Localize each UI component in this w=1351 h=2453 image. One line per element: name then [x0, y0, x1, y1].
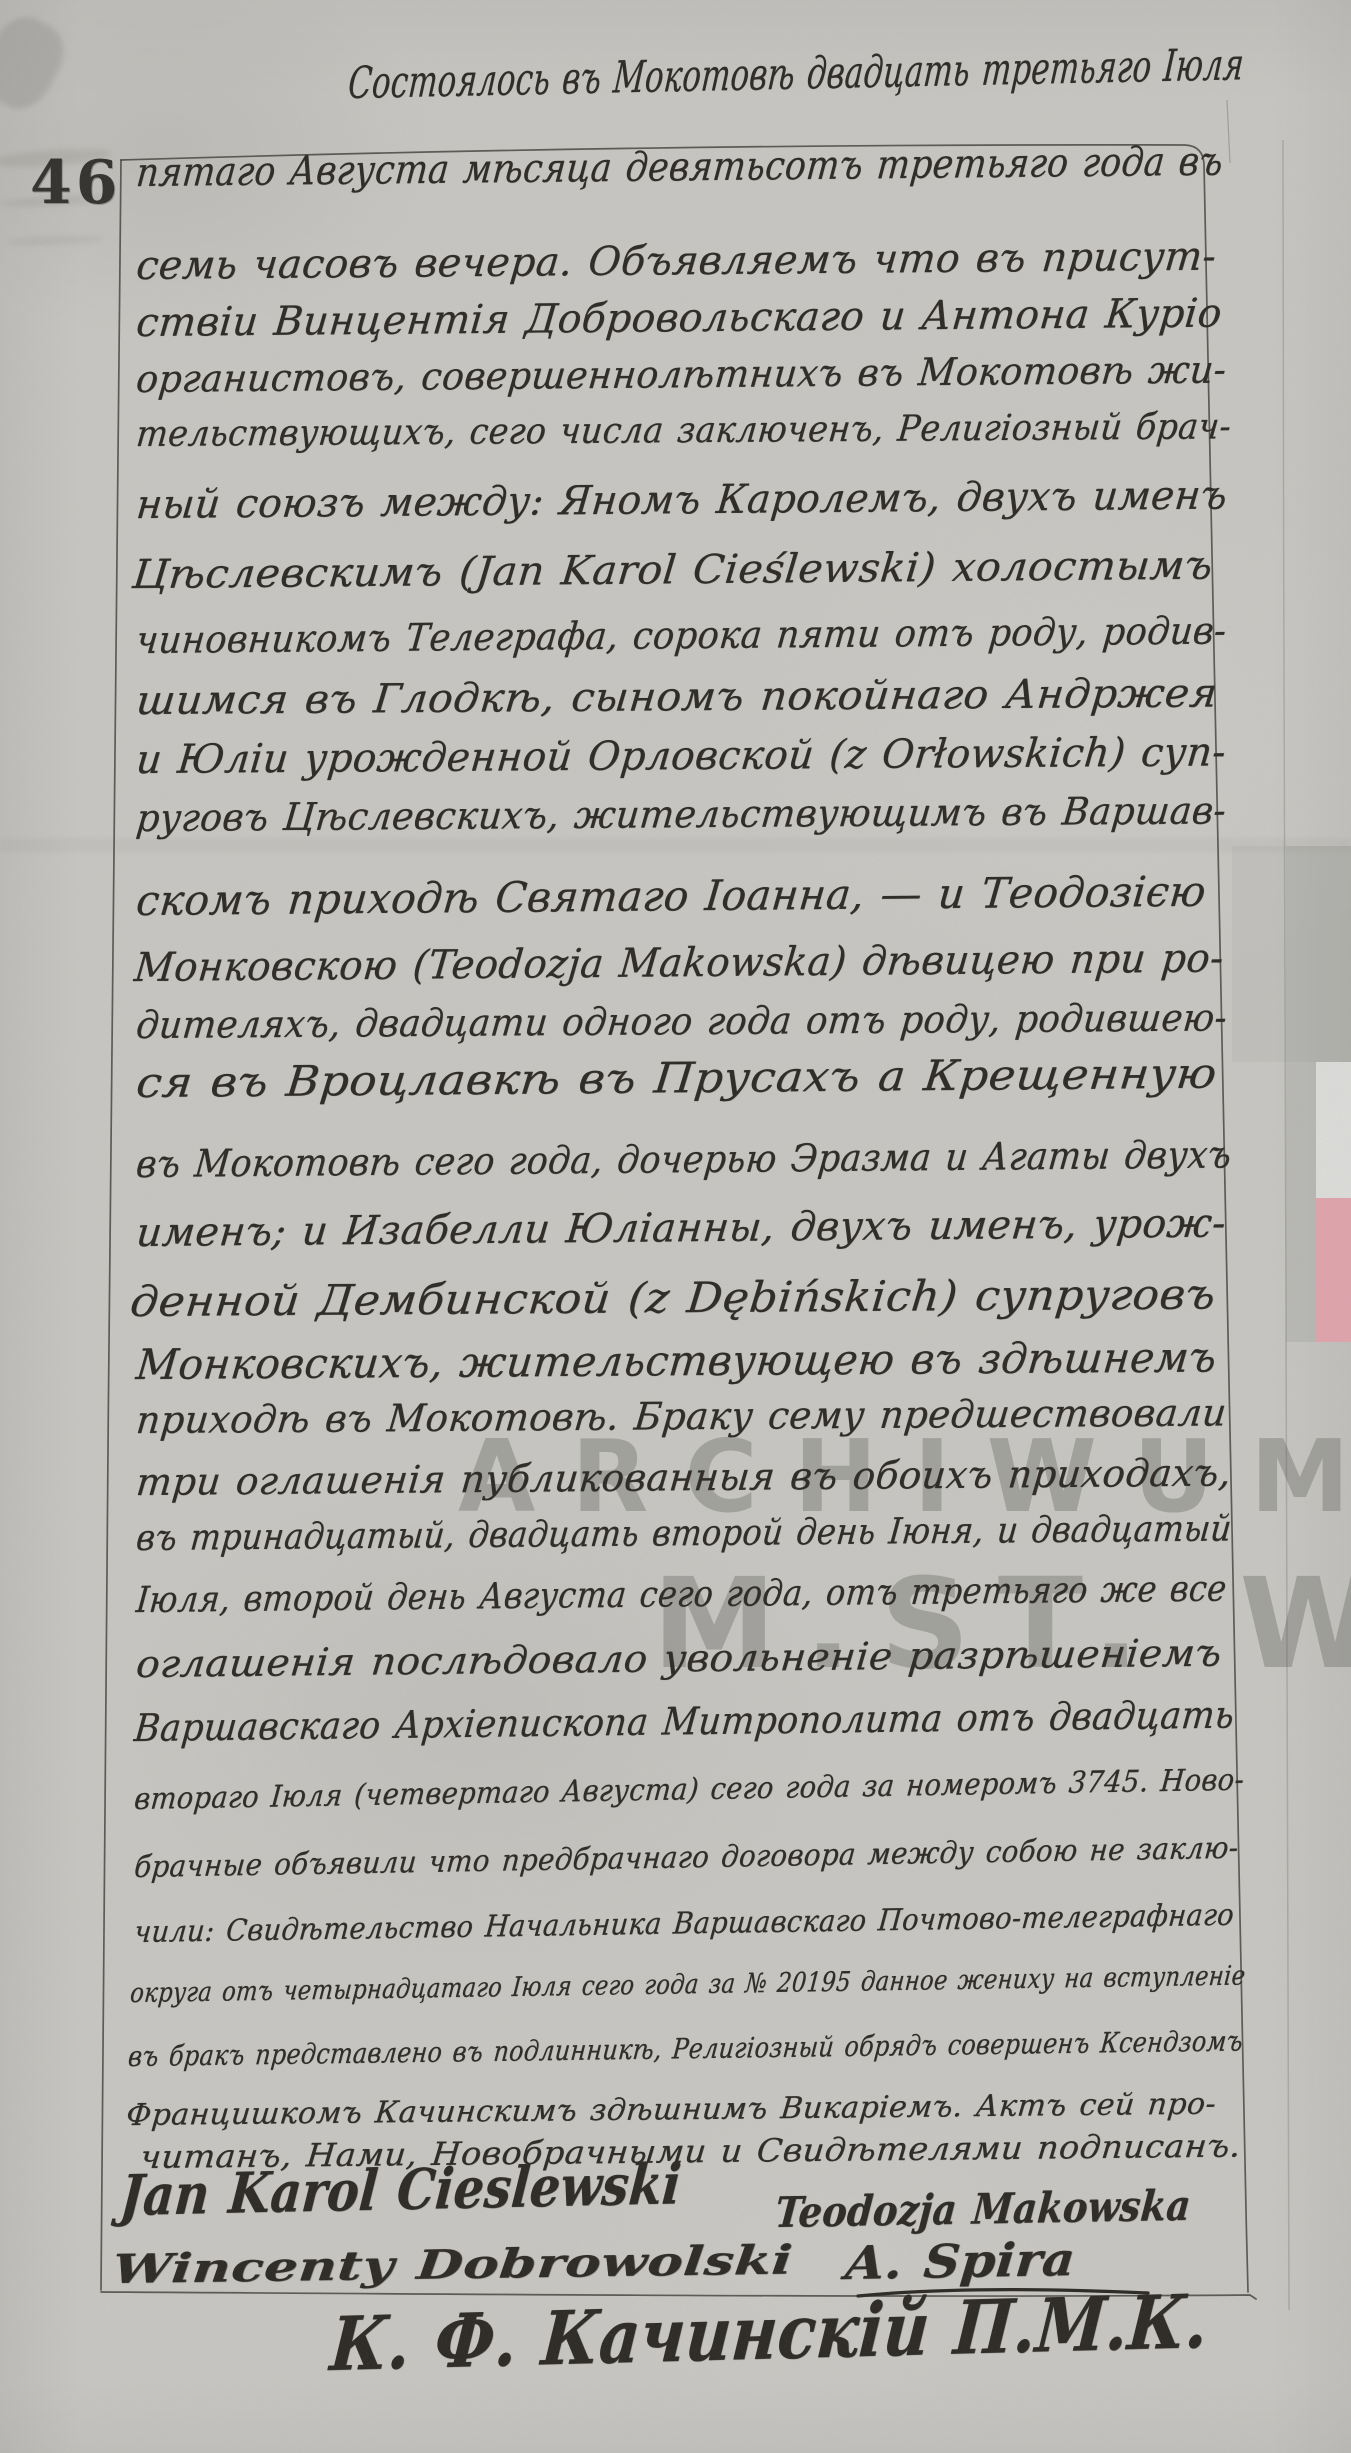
calibration-white-block: [1316, 1062, 1351, 1198]
signature: A. Spira: [843, 2232, 1078, 2290]
handwriting-line: Состоялось въ Мокотовѣ двадцать третьяго…: [346, 39, 1246, 109]
signature: К. Ф. Качинскій П.М.К.: [327, 2279, 1211, 2388]
handwriting-line: Варшавскаго Архіепископа Митрополита отъ…: [132, 1693, 1236, 1750]
handwriting-line: Цѣслевскимъ (Jan Karol Cieślewski) холос…: [130, 543, 1215, 598]
handwriting-line: шимся въ Глодкѣ, сыномъ покойнаго Андрже…: [134, 670, 1219, 724]
handwriting-line: и Юліи урожденной Орловской (z Orłowskic…: [134, 729, 1228, 783]
handwriting-line: брачные объявили что предбрачнаго догово…: [133, 1831, 1240, 1885]
record-number-stamp: 46: [30, 148, 122, 218]
handwriting-line: ся въ Вроцлавкѣ въ Прусахъ а Крещенную: [134, 1049, 1219, 1107]
handwriting-line: ный союзъ между: Яномъ Каролемъ, двухъ и…: [134, 472, 1229, 528]
signature: Jan Karol Cieslewski: [118, 2151, 684, 2229]
handwriting-line: пятаго Августа мѣсяца девятьсотъ третьяг…: [134, 139, 1225, 196]
handwriting-line: округа отъ четырнадцатаго Іюля сего года…: [129, 1960, 1247, 2009]
handwriting-line: дителяхъ, двадцати одного года отъ роду,…: [134, 995, 1229, 1047]
handwriting-line: чили: Свидѣтельство Начальника Варшавска…: [133, 1898, 1236, 1950]
handwriting-line: Монковскою (Teodozja Makowska) дѣвицею п…: [132, 935, 1226, 991]
handwriting-line: приходѣ въ Мокотовѣ. Браку сему предшест…: [134, 1390, 1228, 1442]
handwriting-line: скомъ приходѣ Святаго Іоанна, — и Теодоз…: [134, 867, 1208, 925]
handwriting-line: чиновникомъ Телеграфа, сорока пяти отъ р…: [134, 608, 1228, 662]
handwriting-line: семь часовъ вечера. Объявляемъ что въ пр…: [134, 234, 1218, 289]
signature: Teodozja Makowska: [773, 2181, 1192, 2237]
scanned-document-page: ARCHIWUM M.ST. W 46 Состоялось въ Мокото…: [0, 0, 1351, 2453]
handwriting-line: ствіи Винцентія Добровольскаго и Антона …: [134, 291, 1224, 347]
handwriting-line: втораго Іюля (четвертаго Августа) сего г…: [133, 1763, 1246, 1817]
frame-left-line: [101, 160, 121, 2290]
handwriting-line: денной Дембинской (z Dębińskich) супруго…: [128, 1269, 1218, 1326]
handwriting-line: органистовъ, совершеннолѣтнихъ въ Мокото…: [134, 347, 1228, 401]
paper-crease: [0, 838, 1351, 852]
handwriting-line: въ Мокотовѣ сего года, дочерью Эразма и …: [134, 1132, 1233, 1186]
calibration-pink-block: [1316, 1198, 1351, 1342]
handwriting-line: Францишкомъ Качинскимъ здѣшнимъ Викаріем…: [125, 2087, 1218, 2133]
pencil-tick: [1227, 100, 1230, 163]
pencil-smudge: [8, 234, 104, 246]
handwriting-line: именъ; и Изабелли Юліанны, двухъ именъ, …: [134, 1200, 1228, 1256]
handwriting-line: тельствующихъ, сего числа заключенъ, Рел…: [134, 406, 1233, 455]
handwriting-line: въ бракъ представлено въ подлинникѣ, Рел…: [127, 2024, 1245, 2073]
handwriting-line: руговъ Цѣслевскихъ, жительствующимъ въ В…: [134, 788, 1228, 840]
signature: Wincenty Dobrowolski: [110, 2236, 794, 2293]
handwriting-line: Монковскихъ, жительствующею въ здѣшнемъ: [134, 1332, 1219, 1389]
pencil-smudge: [0, 7, 75, 119]
